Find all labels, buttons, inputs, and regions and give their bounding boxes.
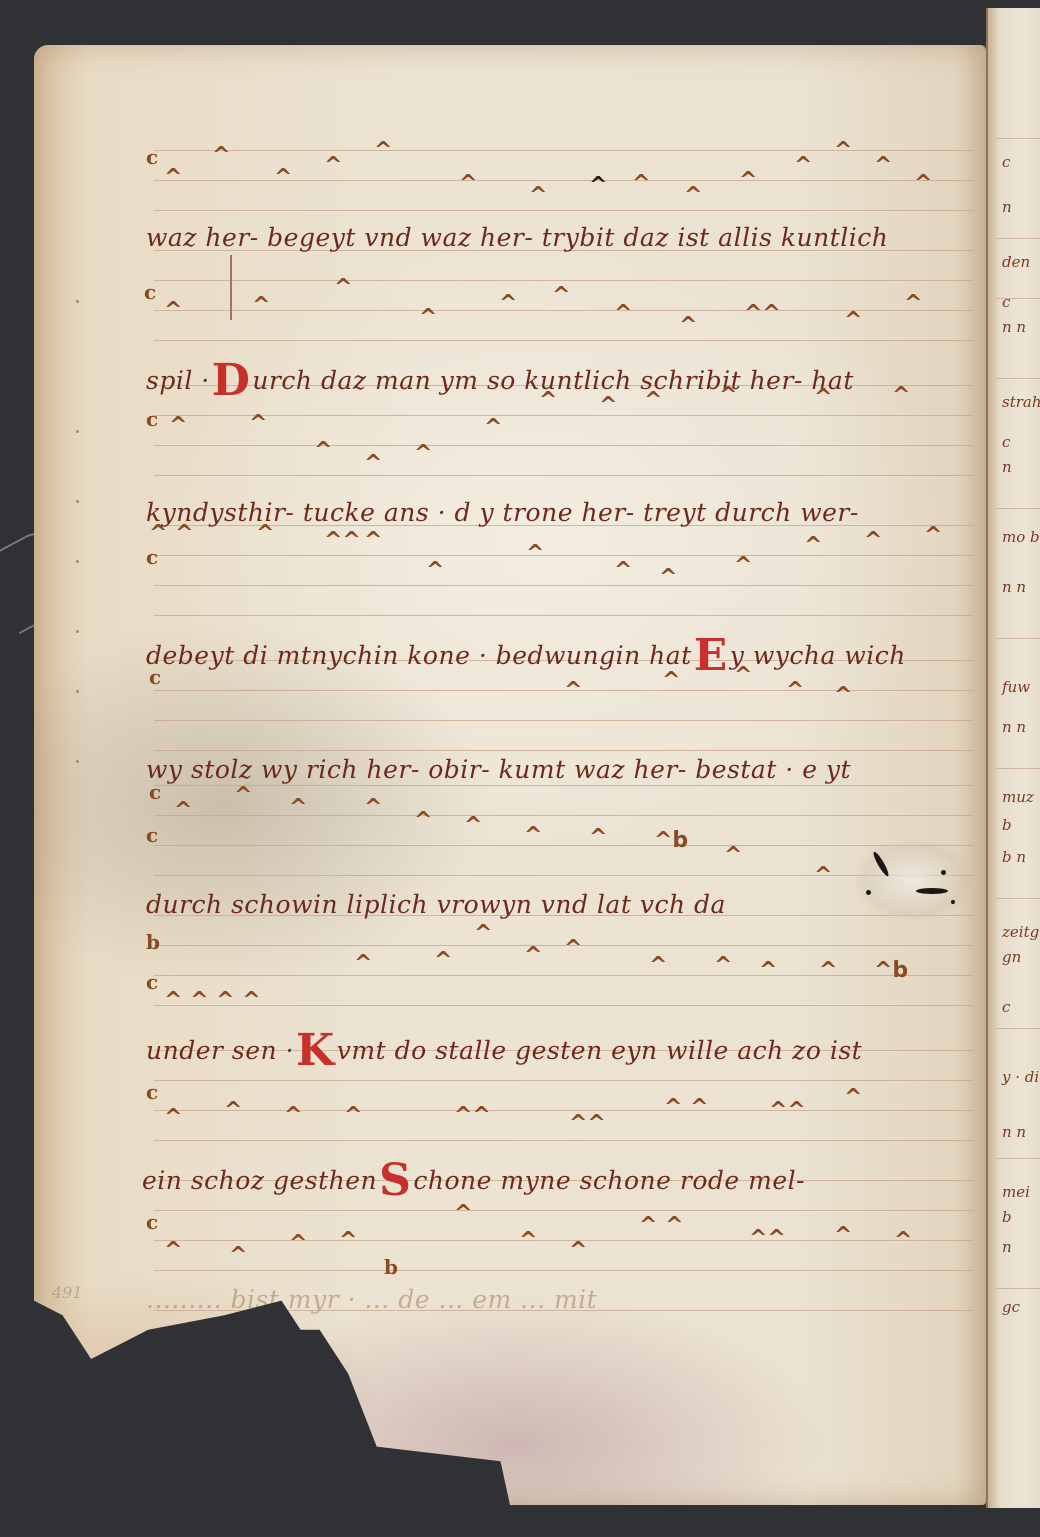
facing-fragment: den	[1002, 253, 1030, 271]
neume-icon: ^	[426, 560, 444, 582]
pricking-mark	[76, 300, 79, 303]
neume-icon: ^	[314, 440, 332, 462]
neume-icon: ^	[844, 1087, 862, 1109]
neume-icon: ^b	[874, 960, 908, 982]
neume-icon: ^	[174, 800, 192, 822]
ruled-line	[996, 238, 1040, 239]
neume-icon: ^	[252, 295, 270, 317]
facing-fragment: c	[1002, 293, 1010, 311]
neume-icon: ^	[526, 543, 544, 565]
neume-icon: ^	[499, 293, 517, 315]
staff-line	[154, 210, 974, 211]
pricking-mark	[76, 630, 79, 633]
pricking-mark	[76, 430, 79, 433]
neume-icon: ^	[414, 443, 432, 465]
neume-icon: ^b	[654, 830, 688, 852]
staff-line	[154, 1080, 974, 1081]
neume-icon: ^	[289, 1233, 307, 1255]
neume-icon: ^	[364, 530, 382, 552]
neume-icon: ^	[864, 530, 882, 552]
neume-icon: ^	[212, 145, 230, 167]
lyric-line-4: debeyt di mtnychin kone · bedwungin hatE…	[146, 630, 906, 681]
facing-fragment: mo b	[1002, 528, 1040, 546]
neume-icon: ^	[169, 415, 187, 437]
staff-line	[154, 750, 974, 751]
neume-icon: ^	[164, 167, 182, 189]
neume-icon: ^	[284, 1105, 302, 1127]
neume-icon: ^	[844, 310, 862, 332]
neume-icon: ^	[454, 1203, 472, 1225]
neume-icon: ^	[659, 567, 677, 589]
neume-icon: ^	[759, 960, 777, 982]
neume-icon: ^	[662, 670, 680, 692]
parchment-damage	[856, 840, 971, 920]
facing-fragment: n n	[1002, 718, 1026, 736]
neume-icon: ^	[249, 413, 267, 435]
neume-icon: ^	[459, 173, 477, 195]
neume-icon: ^	[599, 395, 617, 417]
neume-icon: ^	[679, 315, 697, 337]
neume-icon: ^	[474, 923, 492, 945]
pricking-mark	[76, 560, 79, 563]
neume-icon: ^	[374, 140, 392, 162]
lyric-line-8: ein schoz gesthenSchone myne schone rode…	[142, 1155, 805, 1206]
lyric-text: kyndysthir- tucke ans · d y trone her- t…	[146, 498, 859, 527]
facing-fragment: n	[1002, 198, 1012, 216]
neume-icon: ^^	[744, 303, 781, 325]
facing-fragment: b	[1002, 1208, 1012, 1226]
neume-icon: ^	[564, 938, 582, 960]
neume-icon: ^	[529, 185, 547, 207]
neume-icon: ^	[814, 865, 832, 887]
neume-icon: ^	[344, 1105, 362, 1127]
staff-line	[154, 475, 974, 476]
staff-line	[154, 340, 974, 341]
neume-icon: ^	[164, 300, 182, 322]
neume-icon: ^	[339, 1230, 357, 1252]
facing-fragment: n	[1002, 1238, 1012, 1256]
lyric-line-3: kyndysthir- tucke ans · d y trone her- t…	[146, 498, 859, 527]
gutter-shadow	[956, 45, 986, 1505]
neume-icon: ^	[419, 307, 437, 329]
neume-icon: ^ ^	[664, 1097, 709, 1119]
ruled-line	[996, 1028, 1040, 1029]
division-line	[230, 255, 232, 320]
facing-fragment: zeitg	[1002, 923, 1039, 941]
facing-fragment: b n	[1002, 848, 1026, 866]
neume-icon: ^	[589, 175, 607, 197]
lyric-text: durch schowin liplich vrowyn vnd lat vch…	[146, 890, 726, 919]
neume-icon: ^	[734, 555, 752, 577]
neume-icon: ^	[519, 1230, 537, 1252]
staff-line	[154, 1110, 974, 1111]
ruled-line	[996, 508, 1040, 509]
neume-icon: ^	[289, 797, 307, 819]
lyric-line-1: waz her- begeyt vnd waz her- trybit daz …	[146, 223, 888, 252]
neume-icon: ^	[539, 390, 557, 412]
staff-line	[154, 585, 974, 586]
neume-icon: ^	[739, 170, 757, 192]
neume-icon: ^	[714, 955, 732, 977]
c-clef-icon: c	[144, 280, 156, 304]
facing-fragment: fuw	[1002, 678, 1030, 696]
lyric-line-7: under sen ·Kvmt do stalle gesten eyn wil…	[146, 1025, 862, 1076]
lyric-line-6: durch schowin liplich vrowyn vnd lat vch…	[146, 890, 726, 919]
neume-icon: ^	[229, 1245, 247, 1267]
facing-fragment: y · di	[1002, 1068, 1039, 1086]
neume-icon: ^	[614, 560, 632, 582]
c-clef-icon: c	[146, 1080, 158, 1104]
manuscript-page: c ^ ^ ^ ^ ^ ^ ^ ^ ^ ^ ^ ^ ^ ^ ^ waz her-…	[34, 45, 986, 1505]
neume-icon: ^	[164, 1107, 182, 1129]
lyric-text: wy stolz wy rich her- obir- kumt waz her…	[146, 755, 851, 784]
staff-line	[154, 975, 974, 976]
neume-icon: ^	[804, 535, 822, 557]
staff-line	[154, 615, 974, 616]
neume-icon: ^	[794, 155, 812, 177]
rubricated-initial: K	[296, 1025, 335, 1076]
facing-fragment: c	[1002, 998, 1010, 1016]
neume-icon: ^	[569, 1240, 587, 1262]
ruled-line	[996, 1288, 1040, 1289]
staff-line	[154, 845, 974, 846]
neume-icon: ^	[834, 685, 852, 707]
neume-icon: ^	[874, 155, 892, 177]
c-clef-icon: c	[146, 970, 158, 994]
facing-fragment: c	[1002, 433, 1010, 451]
ruled-line	[996, 898, 1040, 899]
neume-icon: ^^	[569, 1113, 606, 1135]
text-baseline	[154, 785, 974, 786]
neume-icon: ^	[324, 155, 342, 177]
lyric-text: ......... bist myr · ... de ... em ... m…	[146, 1285, 597, 1314]
ruled-line	[996, 768, 1040, 769]
lyric-text: under sen ·	[146, 1036, 294, 1065]
neume-icon: ^	[632, 173, 650, 195]
staff-line	[154, 415, 974, 416]
neume-icon: ^	[719, 385, 737, 407]
staff-line	[154, 720, 974, 721]
facing-fragment: n n	[1002, 1123, 1026, 1141]
facing-fragment: n n	[1002, 318, 1026, 336]
b-clef-icon: b	[146, 930, 160, 954]
neume-icon: ^	[649, 955, 667, 977]
lyric-text: spil ·	[146, 366, 210, 395]
lyric-text: ein schoz gesthen	[142, 1166, 377, 1195]
neume-icon: ^	[434, 950, 452, 972]
neume-icon: ^	[834, 1225, 852, 1247]
neume-icon: ^	[256, 523, 274, 545]
facing-fragment: b	[1002, 816, 1012, 834]
neume-icon: ^	[924, 525, 942, 547]
facing-fragment: gn	[1002, 948, 1021, 966]
neume-icon: ^^	[454, 1105, 491, 1127]
neume-icon: ^	[819, 960, 837, 982]
c-clef-icon: c	[146, 823, 158, 847]
staff-line	[154, 1210, 974, 1211]
neume-icon: ^	[904, 293, 922, 315]
rubricated-initial: S	[379, 1155, 411, 1206]
lyric-line-5: wy stolz wy rich her- obir- kumt waz her…	[146, 755, 851, 784]
neume-icon: ^	[552, 285, 570, 307]
b-clef-icon: b	[384, 1255, 398, 1279]
neume-icon: ^^	[324, 530, 361, 552]
staff-line	[154, 445, 974, 446]
staff-line	[154, 1140, 974, 1141]
lyric-line-9-faded: ......... bist myr · ... de ... em ... m…	[146, 1285, 597, 1314]
neume-icon: ^	[334, 277, 352, 299]
neume-icon: ^	[684, 185, 702, 207]
c-clef-icon: c	[146, 407, 158, 431]
ruled-line	[996, 638, 1040, 639]
ruled-line	[996, 1158, 1040, 1159]
lyric-text: y wycha wich	[730, 641, 906, 670]
staff-line	[154, 1270, 974, 1271]
lyric-line-2: spil ·Durch daz man ym so kuntlich schri…	[146, 355, 854, 406]
facing-fragment: n	[1002, 458, 1012, 476]
neume-icon: ^	[464, 815, 482, 837]
staff-line	[154, 815, 974, 816]
neume-icon: ^	[364, 797, 382, 819]
pricking-mark	[76, 760, 79, 763]
lyric-text: vmt do stalle gesten eyn wille ach zo is…	[337, 1036, 862, 1065]
facing-page: c n den c n n strah c n mo b n n fuw n n…	[986, 8, 1040, 1508]
rubricated-initial: D	[212, 355, 251, 406]
neume-icon: ^	[894, 1230, 912, 1252]
c-clef-icon: c	[146, 545, 158, 569]
neume-icon: ^	[644, 390, 662, 412]
facing-fragment: gc	[1002, 1298, 1020, 1316]
c-clef-icon: c	[149, 780, 161, 804]
lyric-text: chone myne schone rode mel-	[413, 1166, 805, 1195]
neume-icon: ^	[892, 385, 910, 407]
ruled-line	[996, 138, 1040, 139]
c-clef-icon: c	[146, 1210, 158, 1234]
ruled-line	[996, 378, 1040, 379]
folio-number: 491	[52, 1283, 83, 1302]
neume-icon: ^	[589, 827, 607, 849]
rubricated-initial: E	[694, 630, 728, 681]
neume-icon: ^	[224, 1100, 242, 1122]
neume-icon: ^	[734, 665, 752, 687]
neume-icon: ^	[234, 785, 252, 807]
neume-icon: ^^	[769, 1100, 806, 1122]
facing-fragment: n n	[1002, 578, 1026, 596]
lyric-text: waz her- begeyt vnd waz her- trybit daz …	[146, 223, 888, 252]
neume-icon: ^	[814, 387, 832, 409]
facing-fragment: mei	[1002, 1183, 1030, 1201]
neume-icon: ^	[364, 453, 382, 475]
neume-icon: ^ ^ ^ ^	[164, 990, 261, 1012]
neume-icon: ^	[914, 173, 932, 195]
neume-icon: ^	[564, 680, 582, 702]
staff-line	[154, 875, 974, 876]
c-clef-icon: c	[146, 145, 158, 169]
neume-icon: ^	[414, 810, 432, 832]
facing-fragment: c	[1002, 153, 1010, 171]
neume-icon: ^	[354, 953, 372, 975]
neume-icon: ^	[724, 845, 742, 867]
facing-fragment: strah	[1002, 393, 1040, 411]
facing-fragment: muz	[1002, 788, 1034, 806]
pricking-mark	[76, 690, 79, 693]
neume-icon: ^	[524, 825, 542, 847]
neume-icon: ^ ^	[639, 1215, 684, 1237]
neume-icon: ^	[834, 140, 852, 162]
lyric-text: debeyt di mtnychin kone · bedwungin hat	[146, 641, 692, 670]
staff-line	[154, 555, 974, 556]
neume-icon: ^	[274, 167, 292, 189]
c-clef-icon: c	[149, 665, 161, 689]
pricking-mark	[76, 500, 79, 503]
neume-icon: ^	[484, 417, 502, 439]
neume-icon: ^	[164, 1240, 182, 1262]
neume-icon: ^	[524, 945, 542, 967]
staff-line	[154, 1005, 974, 1006]
neume-icon: ^ ^	[149, 523, 194, 545]
neume-icon: ^	[614, 303, 632, 325]
neume-icon: ^^	[749, 1228, 786, 1250]
neume-icon: ^	[786, 680, 804, 702]
staff-line	[154, 280, 974, 281]
